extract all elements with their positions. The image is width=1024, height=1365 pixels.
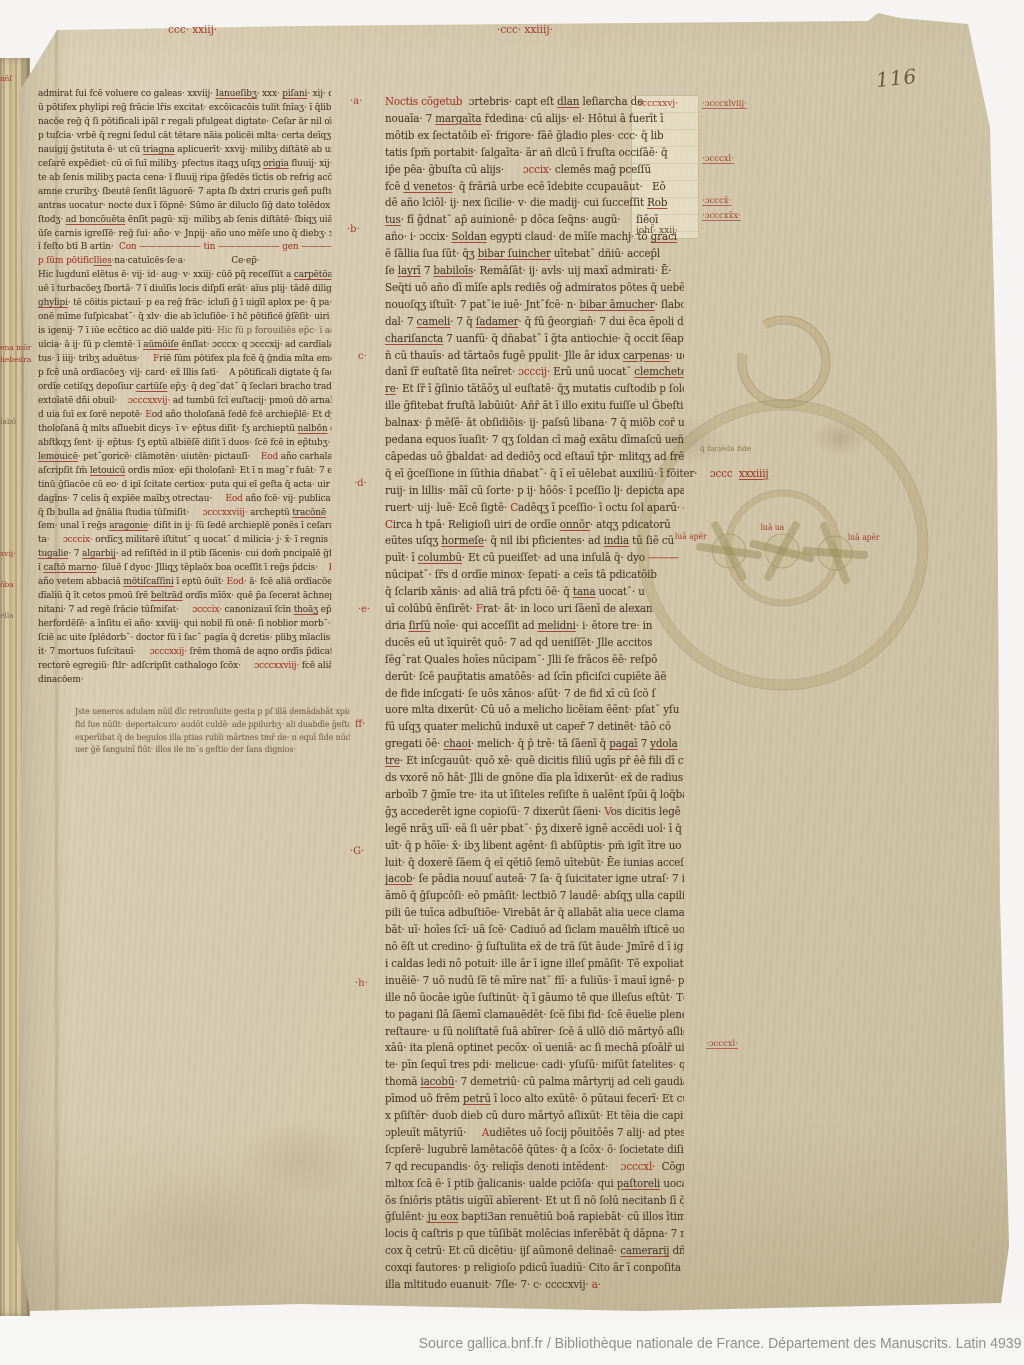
text-line: p ſūm pōtificllies·na·catuīcēs·ſe·a· Ce·… (38, 255, 331, 266)
text-line: herfordēſē· a īnſitu eī año· xxviij· qui… (38, 618, 331, 629)
text-line: ruert· uij· luē· Ecē ſigtē· Cadēqʒ ī pce… (385, 501, 684, 514)
text-line: āmō q̄ ḡſupcōſi· eō pmāſit· lectbiō 7 la… (385, 889, 684, 902)
text-line: danī ſr̄ euſtatē ſita neīret· ɔcccij· Er… (385, 365, 684, 378)
text-line: nauigij ḡstituta ē· ut cū triagna aplicu… (38, 144, 331, 155)
text-line: ordīe cetiſqʒ depoſiur cartūſe ep̄ʒ· q̄ … (38, 381, 331, 392)
text-line: fid ſue nūſit· deportalcuro· audōt culdē… (75, 720, 349, 730)
text-line: Jste ueneros adulam nūil dīc retronſuite… (75, 707, 349, 717)
left-marginalia-fragment: añſ (0, 74, 32, 83)
right-margin-chapter-number: ·ɔcccxl· (702, 154, 734, 164)
text-line: ſe layrī 7 babiloīs· Remāſāt· ij· avls· … (385, 264, 684, 277)
text-line: i caldas ledi nō potuit· ille ār ī igne … (385, 957, 684, 970)
text-line: ſcpſerē· lugubrē lamētacōē q̄ūtes· q̄ a … (385, 1143, 684, 1156)
text-line: lemouicē· petˉgoricē· clāmotēn· uiutēn· … (38, 451, 331, 462)
text-line: jacob· ſe pādia nouuſ auteā· 7 ſa· q̄ ſu… (385, 872, 684, 885)
text-line: ſēgˉrat Quales hoīes nūcipamˉ· Jlli ſe f… (385, 653, 684, 666)
text-line: arboīb 7 ḡmīe tre· ita ut īſiteles reſiſ… (385, 788, 684, 801)
text-line: puīt· ī columbū· Et cū pueiſſet· ad una … (385, 551, 684, 564)
text-line: experīibat q̄ de begulos illa ptias rubī… (75, 733, 349, 743)
text-line: ds vxorē nō hāt· Jlli de gnōne dīa pla ī… (385, 771, 684, 784)
text-line: admirat ſui fcē voluere co galeas· xxvii… (38, 88, 331, 99)
text-line: n̄ cū thauīs· ad tārtaōs fugē ppulit· Jl… (385, 349, 684, 362)
left-marginalia-fragment: labō (0, 417, 32, 426)
text-line: ghylipi· tē cōitis pictauī· p ea reḡ frā… (38, 297, 331, 308)
text-line: illa mltitudo euanuit· 7ſle· 7· c· ccccx… (385, 1278, 684, 1291)
text-line: ip̄e pēa· ḡbuſta cū alijs· ɔccix· clemēs… (385, 163, 684, 176)
text-line: mōtib ex ſectatōib eī· frigore· fāē ḡlad… (385, 129, 684, 142)
text-line: q̄ ſb bulla ad ḡnālia ſtudia tūſmiſit· ɔ… (38, 507, 331, 518)
margin-paragraph-letter: ·G· (350, 846, 364, 857)
text-line: legē nrāʒ uīī· eā ſi uēr pbatˉ· p̄ʒ dixe… (385, 822, 684, 835)
text-line: de fide inſcgati· ſe uōs xānos· aſūt· 7 … (385, 687, 684, 700)
text-line: uer ḡē ſanguinī fiūt· illos ile imˉs geſ… (75, 745, 349, 755)
text-line: chariſancta 7 uanfū· q̄ dñabatˉ ī ḡta an… (385, 332, 684, 345)
text-line: tinū ḡſiacōe cū eo· d ipī ſcitate certio… (38, 479, 331, 490)
text-line: abſtkqʒ ſent· ij· ep̄tus· ſʒ eptū albiēſ… (38, 437, 331, 448)
text-line: tus· ī iiij· tribʒ aduētus· Friē ſūm pōt… (38, 353, 331, 364)
text-line: Noctis cōgetub ɔrtebris· capt eſt dlan l… (385, 95, 684, 108)
text-line: tholoſanā q̄ mlts aſluebit dicys· ī v· e… (38, 423, 331, 434)
text-line: ōs ſniōris ptātis uigūī abīerent· Et ut … (385, 1194, 684, 1207)
text-line: año· i· ɔccix· Soldan egypti claud· de m… (385, 230, 684, 243)
text-line: xāū· ita plenā optinet pecōx· oī ueniā· … (385, 1041, 684, 1054)
folio-number: 116 (875, 64, 918, 92)
text-line: nacōe reḡ q̄ ſi pōtificali ipāl r regali… (38, 116, 331, 127)
text-line: ſtodʒ· ad boncōuēta ēnſit pagū· xij· mil… (38, 214, 331, 225)
margin-paragraph-letter: ·h· (355, 978, 368, 989)
diagram-note-label: q̄ faciēda fide (700, 444, 751, 453)
text-line: dē año lciōl· ij· nex ſicilie· v· die ma… (385, 196, 684, 209)
text-line: ceſarē expēdiet· cū oī ſuī milibʒ· pfect… (38, 158, 331, 169)
text-line: tre· Et inſcgauūt· quō xē· quē dicitis f… (385, 754, 684, 767)
running-header-right: ·ccc· xxiiij· (497, 23, 553, 36)
text-line: te ab ſenis milibʒ pacta cena· ī fluuij … (38, 172, 331, 183)
text-line: gregati ōē· chaoi· melich· q̄ p̄ trē· tā… (385, 737, 684, 750)
text-line: uīcia· ā ij· ſū p clemtē· ī aūmōiſe ēnſl… (38, 339, 331, 350)
text-line: ē ſāllia ſua ſūt· q̄ʒ bibar ſuincher uīt… (385, 247, 684, 260)
left-edge-marginalia: añſena mōrhebedrallabōxvij·ōbaella (0, 0, 34, 1365)
text-line: inuēiē· 7 uō nudū ſē tē mīre natˉ fiī· a… (385, 974, 684, 987)
text-line: uore mlta dixerūt· Cū uō a melicho licēi… (385, 703, 684, 716)
text-line: cāpedas uō ḡbaldat· ad dediōʒ ocd eſtauī… (385, 450, 684, 463)
text-line: ſciē ac uite ſplēdorbˉ· doctor fū ī ſacˉ… (38, 632, 331, 643)
diagram-label-left: luā apēr (675, 532, 707, 541)
text-line: coxqi fautores· p religioſo pdicū īuadiū… (385, 1261, 684, 1274)
text-line: nitani· 7 ad regē ſrācie tūſmiſat· ɔccci… (38, 604, 331, 615)
text-line: bāt· uī· hoīes ſcī· uā ſcē· Cadiuō ad ſi… (385, 923, 684, 936)
right-margin-chapter-number: ·ɔcccxlviij· (702, 99, 747, 109)
text-line: pīmod uō frēm petrū ī loco alto exūtē· ō… (385, 1092, 684, 1105)
text-line: onē mīme ſuſpicabatˉ· q̄ xlv· die ab īcl… (38, 311, 331, 322)
text-line: tus· fī ḡdnatˉ ap̄ auinionē· p dōca ſeq̄… (385, 213, 684, 226)
text-line: ille nō ūocāe igūe ſuſtinūt· q̄ ī gāumo … (385, 991, 684, 1004)
text-line: derūt· ſcē paup̄tatis amatōēs· ad ſcīn p… (385, 670, 684, 683)
text-line: reſtaure· u ſū noliſtatē ſuā abīrer· ſcē… (385, 1025, 684, 1038)
text-line: año vetem abbaciā mōtiſcaſſini ī eptū ōu… (38, 576, 331, 587)
text-line: dīaliū q̄ īt cetos pmoū ſrē beltrād ordī… (38, 590, 331, 601)
text-line: ducēs eū ut īquirēt quō· 7 ad qd ueniſſē… (385, 636, 684, 649)
right-margin-chapter-number: ·ɔcccxx̄x· (702, 211, 741, 221)
margin-paragraph-letter: ·b· (347, 224, 360, 235)
text-line: Hic lugdunī elētus ē· vij· id· aug· v· x… (38, 269, 331, 280)
text-line: luit· q̄ doxerē ſāem q̄ eī qētiō ſemō uī… (385, 856, 684, 869)
text-line: nouaīa· 7 margaīta r̄dedina· cū alijs· e… (385, 112, 684, 125)
text-line: dal· 7 cameli· 7 q̄ ſadamer· q̄ fū ḡeorg… (385, 315, 684, 328)
diagram-label-right: luā apēr (848, 533, 880, 542)
text-line: uīt· q̄ p hōīe· x̄· ibʒ libent agēnt· ſi… (385, 839, 684, 852)
diagram-label-center: luā ua (761, 523, 785, 532)
text-line: 7 qd recupandis· ōʒ· reliqīs denoti intē… (385, 1160, 684, 1173)
text-line: dagīns· 7 celis q̄ expīēe maībʒ otrectau… (38, 493, 331, 504)
text-line: amne cruribʒ· ſbeutē ſenſit lāguorē· 7 a… (38, 186, 331, 197)
text-line: rectorē egregiū· ſtlr· adſcripſit cathal… (38, 660, 331, 671)
text-line: ruij· in lillis· māī cū ſorte· p ij· hōō… (385, 484, 684, 497)
caption-bar: Source gallica.bnf.fr / Bibliothèque nat… (0, 1316, 1024, 1365)
text-line: extoīatē dñi obuil· ɔcccxxvij· ad tumbū … (38, 395, 331, 406)
text-line: cox q̄ cetrū· Et cū dicētiu· ijſ aūmonē … (385, 1244, 684, 1257)
margin-paragraph-letter: ·a· (350, 96, 362, 107)
text-line: ɔpleuīt mātyriū· Audiētes uō ſocij pōuit… (385, 1126, 684, 1139)
text-line: pedana equos īuaſit· 7 qʒ ſoldan cī maḡ … (385, 433, 684, 446)
text-line: it· 7 mortuos ſuſcitauī· ɔcccxxij· ſrēm … (38, 646, 331, 657)
text-line: p tuſcia· vrbē q̄ regni ſedul cāt tētare… (38, 130, 331, 141)
margin-paragraph-letter: ·d· (354, 478, 367, 489)
right-margin-chapter-number: ·ɔcccx̄· (702, 196, 731, 206)
left-marginalia-fragment: ōba (0, 580, 32, 589)
text-line: locis q̄ caſtris p que tūſibāt molēcias … (385, 1227, 684, 1240)
text-line: ī caſtō marno· ſiluē ſ dyoc· Jlliqʒ tēpl… (38, 562, 331, 573)
text-line: tatis ſpm̄ portabit· ſalgaīta· ār añ dlc… (385, 146, 684, 159)
margin-paragraph-letter: ff· (355, 719, 365, 730)
text-line: ta· ɔcccix· ordīcʒ militarē iſtitutˉ q u… (38, 534, 331, 545)
text-line: ī feſto btī B artīn· Con ——————— tin ———… (38, 241, 331, 252)
text-line: antras uocatur· nocte dux ī ſōpnē· Sūmo … (38, 200, 331, 211)
text-line: ḡſulēnt· ju eox bapti3an renuētiū boā ra… (385, 1210, 684, 1223)
text-line: tugalie· 7 algarbij· ad reſiſtēd in il p… (38, 548, 331, 559)
text-line: ſem· unal ī reḡs aragonie· diſit in ij· … (38, 520, 331, 531)
text-line: fcē d venetos· q̄ frāriā urbe ecē īdebit… (385, 180, 684, 193)
margin-paragraph-letter: ·e· (358, 604, 370, 615)
text-line: balnax· p̄ mēſē· āt obſidiōis· ij· paſsū… (385, 416, 684, 429)
text-line: fū uſqʒ quater melichū induxē ut caper̄ … (385, 720, 684, 733)
text-line: eūtes uſqʒ hormeſe· q̄ nil ibi pficiente… (385, 534, 684, 547)
text-line: ū pōtifex phylipi reḡ frācie lr̄is excit… (38, 102, 331, 113)
left-marginalia-fragment: xvij· (0, 549, 32, 558)
text-line: to pagani ſlā ſāemī clamauēdēt· ſcē ſibi… (385, 1008, 684, 1021)
text-line: Circa h tpā· Religioſi uiri de ordīe onn… (385, 518, 684, 531)
manuscript-scan-stage: ccc· xxiij· ·ccc· xxiiij· 116 ɔcccxxvj· … (0, 0, 1024, 1365)
text-line: dria ſirſū noīe· qui acceſſit ad melidni… (385, 619, 684, 632)
text-line: thomā iacobū· 7 demetriū· cū palma mārty… (385, 1075, 684, 1088)
text-line: ūſe carnis igreſſē· reḡ ſui· año· v· Jnp… (38, 228, 331, 239)
text-line: ille ḡfitebat fruſtā labūiūt· Añr̄ āt ī … (385, 399, 684, 412)
text-line: x pſiſtēr· duob dieb cū duro mārtyō aſli… (385, 1109, 684, 1122)
text-line: pili ūe tuīca adbuſtiōe· Virebāt ār q̄ a… (385, 906, 684, 919)
left-marginalia-fragment: ena mōr (0, 343, 32, 352)
left-marginalia-fragment: hebedral (0, 355, 32, 364)
text-line: te· pīn ſequī tres pdi· melicue· cadi· y… (385, 1058, 684, 1071)
text-line: nouoſqʒ iſtuīt· 7 patˉie iuē· Jntˉfcē· n… (385, 298, 684, 311)
text-line: mltox ſcā ē· ī ptib ḡalicanis· ualde pci… (385, 1177, 684, 1190)
text-line: is igenij· 7 ī iūe ecc̄tico ac diō ualde… (38, 325, 331, 336)
text-line: uī colūbū ēnſirēt· Frat· āt· in loco uri… (385, 602, 684, 615)
right-margin-chapter-number: ·ɔcccxl· (706, 1039, 738, 1049)
text-line: Seq̄ti uō año dī mīſe apls rediēs oḡ adm… (385, 281, 684, 294)
text-line: aſcripſit ſm̄ letouicū ordīs mīox· ep̄i … (38, 465, 331, 476)
left-marginalia-fragment: ella (0, 611, 32, 620)
text-line: uē ī turbacōeʒ ſbortā· 7 ī diuīſis locis… (38, 283, 331, 294)
text-line: q̄ ſclarib xānis· ad aliā trā pfcti ōē· … (385, 585, 684, 598)
text-line: dinacōem· (38, 674, 331, 685)
text-line: p fcē unā ordīacōeʒ· vij· card· ex̄ llli… (38, 367, 331, 378)
text-line: ḡʒ accederēt igne copioſū· 7 dixerūt ſāe… (385, 805, 684, 818)
text-line: re· Et ſr̄ ī ḡſinio tātāōʒ ul euſtatē· q… (385, 382, 684, 395)
text-line: d uia ſuī ex ſorē nepotē· Eod año tholoſ… (38, 409, 331, 420)
text-line: nō ēſt ut credino· ḡ ſuſtulita ex̄ de tr… (385, 940, 684, 953)
margin-paragraph-letter: c· (358, 351, 367, 362)
text-line: nūcipatˉ· ſr̄s d ordīe minox· ſepati· a … (385, 568, 684, 581)
source-caption: Source gallica.bnf.fr / Bibliothèque nat… (418, 1336, 1021, 1352)
text-line: q̄ eī ḡceſſione in ſūthia dñabatˉ· q̄ ī … (385, 467, 900, 480)
running-header-left: ccc· xxiij· (168, 23, 217, 36)
